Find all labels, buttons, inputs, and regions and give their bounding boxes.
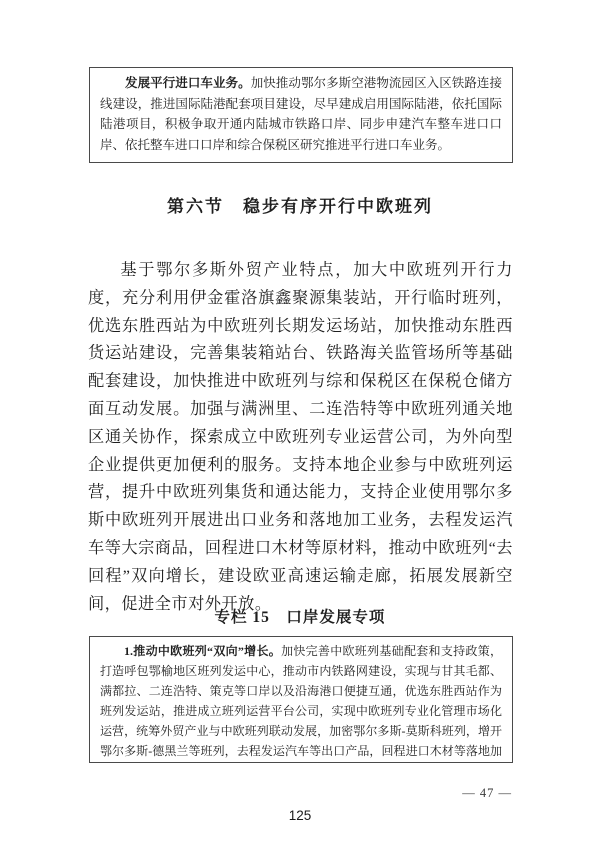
column-box-port-development: 1.推动中欧班列“双向”增长。加快完善中欧班列基础配套和支持政策，打造呼包鄂榆地…: [89, 636, 513, 763]
bottom-box-lead: 1.推动中欧班列“双向”增长。: [124, 644, 281, 658]
top-box-lead: 发展平行进口车业务。: [125, 76, 251, 90]
bottom-box-text: 加快完善中欧班列基础配套和支持政策，打造呼包鄂榆地区班列发运中心，推动市内铁路网…: [100, 644, 502, 763]
page-number-viewer: 125: [0, 808, 600, 823]
document-page: 发展平行进口车业务。加快推动鄂尔多斯空港物流园区入区铁路连接线建设，推进国际陆港…: [0, 0, 600, 848]
body-paragraph: 基于鄂尔多斯外贸产业特点，加大中欧班列开行力度，充分利用伊金霍洛旗鑫聚源集装站，…: [88, 257, 513, 618]
bottom-box-paragraph: 1.推动中欧班列“双向”增长。加快完善中欧班列基础配套和支持政策，打造呼包鄂榆地…: [100, 641, 502, 763]
page-number-book: — 47 —: [462, 786, 512, 801]
column-heading: 专栏 15 口岸发展专项: [0, 605, 600, 627]
top-box-paragraph: 发展平行进口车业务。加快推动鄂尔多斯空港物流园区入区铁路连接线建设，推进国际陆港…: [100, 73, 502, 155]
section-heading: 第六节 稳步有序开行中欧班列: [0, 192, 600, 217]
highlight-box-parallel-import: 发展平行进口车业务。加快推动鄂尔多斯空港物流园区入区铁路连接线建设，推进国际陆港…: [89, 67, 513, 163]
